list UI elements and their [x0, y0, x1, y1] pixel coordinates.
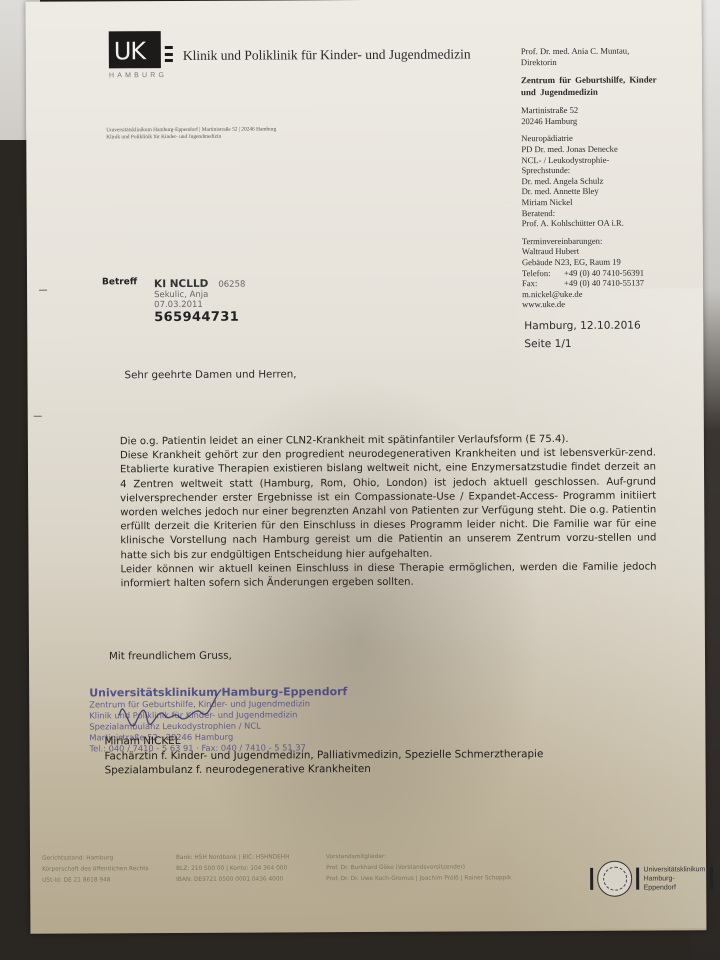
salutation: Sehr geehrte Damen und Herren,	[124, 368, 296, 381]
signatory-title: Fachärztin f. Kinder- und Jugendmedizin,…	[104, 747, 543, 764]
date-block: Hamburg, 12.10.2016 Seite 1/1	[524, 317, 641, 354]
uke-logo-subtitle: HAMBURG	[109, 72, 167, 79]
fold-mark	[39, 290, 47, 291]
university-seal-icon	[597, 861, 633, 897]
letter-body: Die o.g. Patientin leidet an einer CLN2-…	[120, 432, 657, 591]
patient-label-sticker: KI NCLLD06258 Sekulic, Anja 07.03.2011 5…	[154, 278, 246, 325]
patient-birthdate: 07.03.2011	[154, 300, 245, 310]
ward-code: KI NCLLD	[154, 278, 208, 290]
signatory-unit: Spezialambulanz f. neurodegenerative Kra…	[105, 761, 544, 778]
page-number: Seite 1/1	[524, 335, 641, 354]
footer-board: Vorstandsmitglieder: Prof. Dr. Burkhard …	[326, 851, 511, 885]
closing: Mit freundlichem Gruss,	[109, 650, 232, 663]
sender-info: Prof. Dr. med. Ania C. Muntau, Direktori…	[521, 45, 692, 317]
letter-date: Hamburg, 12.10.2016	[524, 317, 641, 336]
uke-logo-text: UK	[114, 37, 145, 65]
punch-mark	[34, 416, 42, 417]
staff-list: Neuropädiatrie PD Dr. med. Jonas Denecke…	[521, 133, 691, 229]
contact-info: Terminvereinbarungen: Waltraud Hubert Ge…	[522, 235, 692, 310]
paragraph: Diese Krankheit gehört zur den progredie…	[120, 447, 657, 563]
return-address: Universitätsklinikum Hamburg-Eppendorf |…	[106, 126, 276, 141]
unit-code: 06258	[218, 280, 245, 290]
footer-bank: Bank: HSH Nordbank | BIC: HSHNDEHH BLZ: …	[176, 852, 290, 886]
footer-logo: Universitätsklinikum Hamburg-Eppendorf	[590, 860, 713, 897]
director: Prof. Dr. med. Ania C. Muntau, Direktori…	[521, 45, 691, 67]
address: Martinistraße 52 20246 Hamburg	[521, 104, 691, 126]
paragraph: Leider können wir aktuell keinen Einschl…	[121, 560, 657, 591]
case-number: 565944731	[154, 310, 245, 325]
subject-label: Betreff	[102, 277, 137, 287]
uke-logo-bars-icon	[165, 46, 173, 64]
footer-legal: Gerichtsstand: Hamburg Körperschaft des …	[42, 853, 149, 887]
website: www.uke.de	[522, 299, 692, 310]
clinic-title: Klinik und Poliklinik für Kinder- und Ju…	[183, 46, 471, 64]
patient-name: Sekulic, Anja	[154, 290, 245, 300]
letter-page: UK HAMBURG Klinik und Poliklinik für Kin…	[26, 0, 707, 934]
center-name: Zentrum für Geburtshilfe, Kinder und Jug…	[521, 73, 691, 98]
signatory: Miriam NICKEL Fachärztin f. Kinder- und …	[104, 732, 543, 778]
